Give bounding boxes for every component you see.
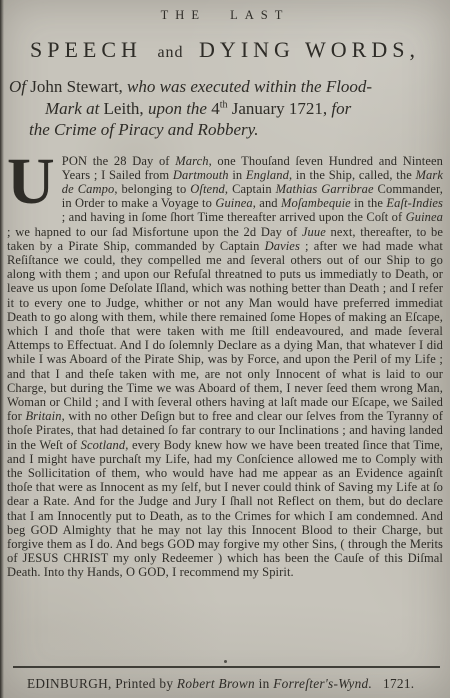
subtitle-line-1: Of John Stewart, who was executed within…	[9, 76, 444, 98]
title-word-and: and	[157, 44, 183, 61]
subtitle-line-3: the Crime of Piracy and Robbery.	[9, 119, 444, 141]
drop-cap: U	[7, 154, 62, 211]
title-word-speech: SPEECH	[30, 37, 142, 62]
imprint-line: EDINBURGH, Printed by Robert Brown in Fo…	[0, 676, 450, 692]
broadside-header: THE LAST SPEECH and DYING WORDS, Of John…	[0, 0, 450, 141]
speech-body: UPON the 28 Day of March, one Thouſand ſ…	[7, 154, 443, 580]
footer-rule	[13, 666, 440, 668]
imprint-footer: EDINBURGH, Printed by Robert Brown in Fo…	[0, 660, 450, 692]
ornament-dot	[224, 660, 227, 663]
subtitle: Of John Stewart, who was executed within…	[0, 76, 450, 141]
broadside-page: THE LAST SPEECH and DYING WORDS, Of John…	[0, 0, 450, 698]
speech-text: PON the 28 Day of March, one Thouſand ſe…	[7, 154, 443, 580]
title-word-dying-words: DYING WORDS,	[199, 37, 420, 62]
scan-edge-shadow	[0, 0, 4, 698]
subtitle-line-2: Mark at Leith, upon the 4th January 1721…	[9, 98, 444, 120]
page-title: SPEECH and DYING WORDS,	[2, 37, 448, 63]
pretitle: THE LAST	[0, 0, 450, 23]
